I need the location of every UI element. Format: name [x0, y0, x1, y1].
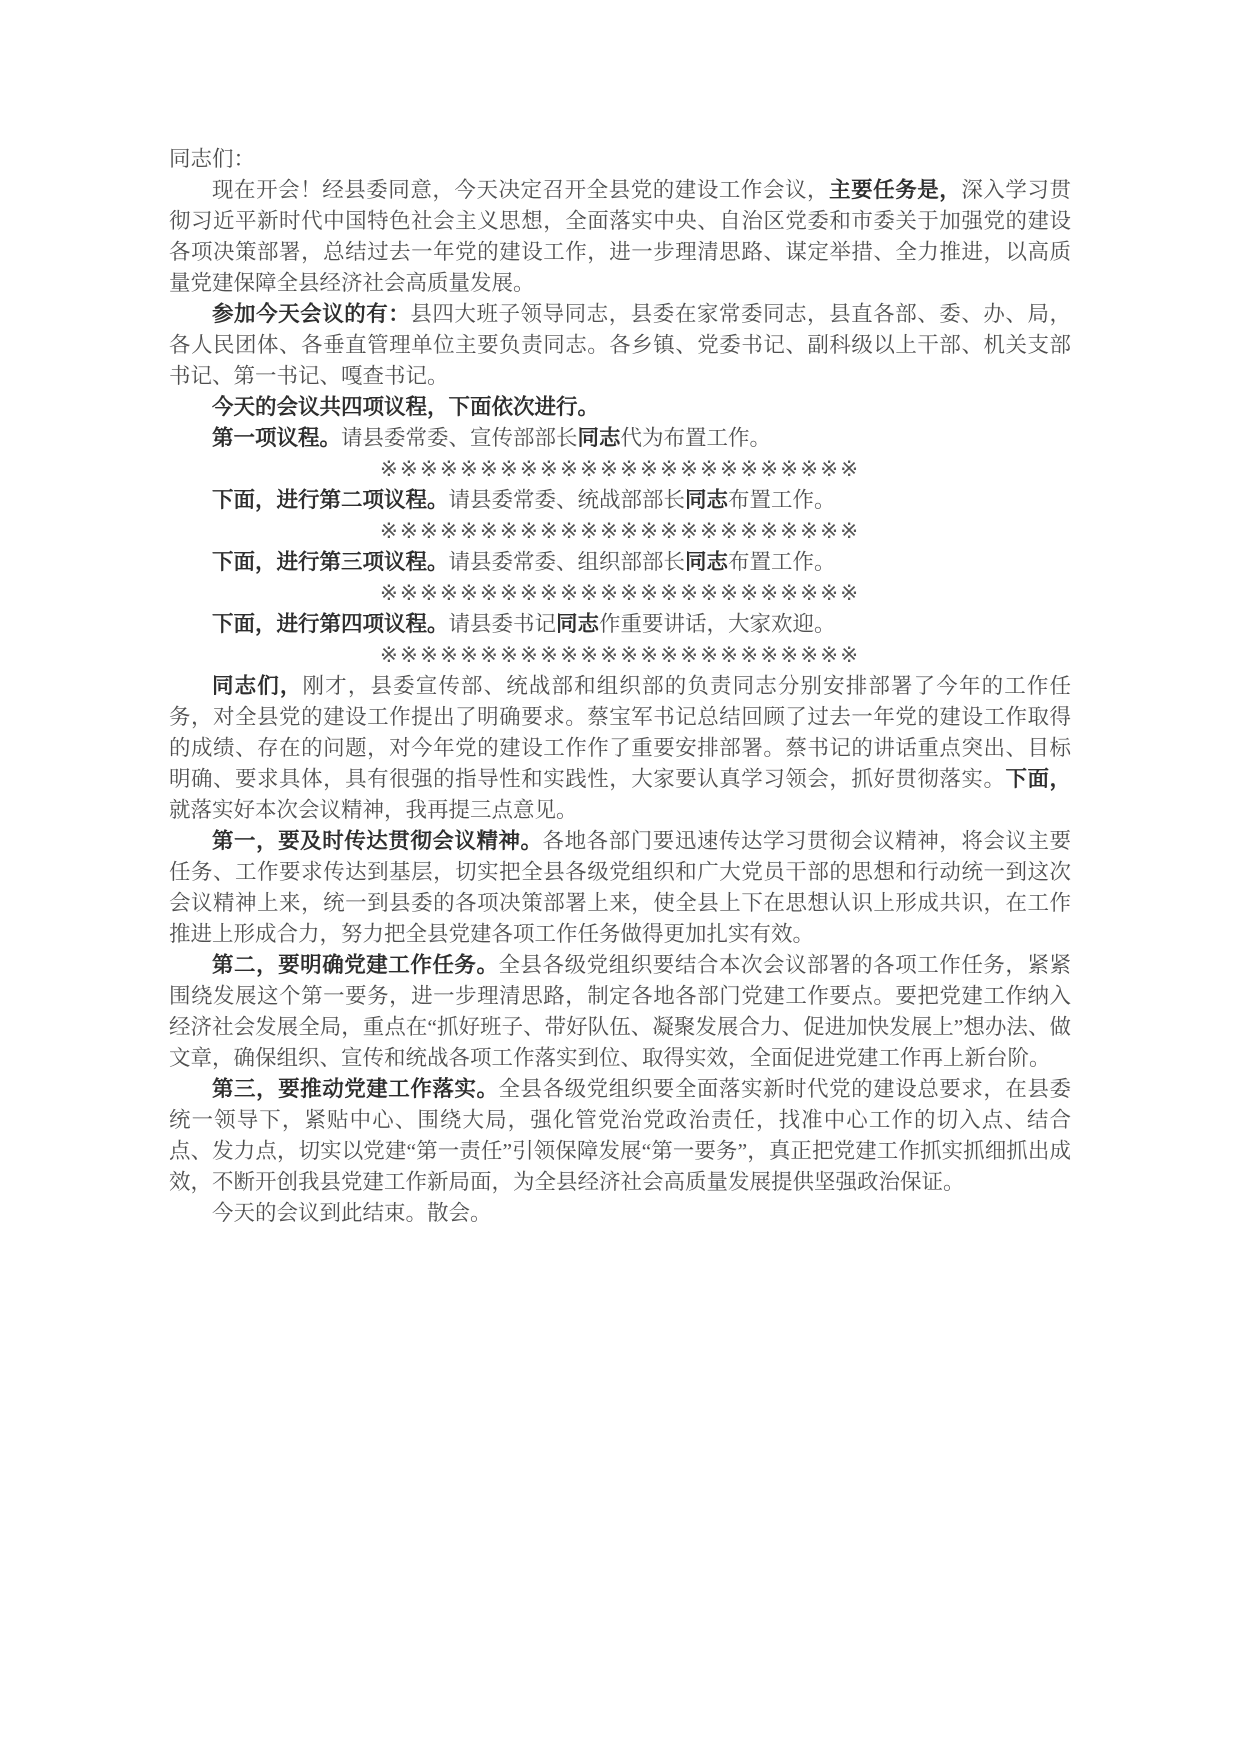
text-segment: 就落实好本次会议精神，我再提三点意见。 — [169, 798, 578, 822]
separator-row: ※※※※※※※※※※※※※※※※※※※※※※※※ — [169, 578, 1071, 609]
document-page: 同志们：现在开会！经县委同意，今天决定召开全县党的建设工作会议，主要任务是，深入… — [0, 0, 1240, 1754]
text-segment: ※※※※※※※※※※※※※※※※※※※※※※※※ — [380, 643, 860, 667]
text-segment: 请县委常委、统战部部长 — [449, 488, 686, 512]
text-segment: 布置工作。 — [728, 550, 836, 574]
text-segment: 布置工作。 — [728, 488, 836, 512]
bold-text-segment: 第一项议程。 — [212, 426, 341, 450]
text-segment: 请县委书记 — [449, 612, 557, 636]
paragraph: 第二，要明确党建工作任务。全县各级党组织要结合本次会议部署的各项工作任务，紧紧围… — [169, 950, 1071, 1074]
text-segment: ※※※※※※※※※※※※※※※※※※※※※※※※ — [380, 581, 860, 605]
text-segment: 刚才，县委宣传部、统战部和组织部的负责同志分别安排部署了今年的工作任务，对全县党… — [169, 674, 1071, 791]
bold-text-segment: 同志 — [685, 488, 728, 512]
bold-text-segment: 下面，进行第二项议程。 — [212, 488, 449, 512]
bold-text-segment: 主要任务是， — [829, 178, 961, 202]
paragraph: 第一，要及时传达贯彻会议精神。各地各部门要迅速传达学习贯彻会议精神，将会议主要任… — [169, 826, 1071, 950]
paragraph: 同志们： — [169, 144, 1071, 175]
text-segment: 请县委常委、宣传部部长 — [341, 426, 578, 450]
paragraph: 今天的会议到此结束。散会。 — [169, 1198, 1071, 1229]
bold-text-segment: 下面， — [1005, 767, 1071, 791]
bold-text-segment: 第三，要推动党建工作落实。 — [212, 1077, 499, 1101]
bold-text-segment: 参加今天会议的有： — [212, 302, 410, 326]
paragraph: 今天的会议共四项议程，下面依次进行。 — [169, 392, 1071, 423]
paragraph: 第三，要推动党建工作落实。全县各级党组织要全面落实新时代党的建设总要求，在县委统… — [169, 1074, 1071, 1198]
text-segment: 代为布置工作。 — [621, 426, 772, 450]
text-segment: ※※※※※※※※※※※※※※※※※※※※※※※※ — [380, 457, 860, 481]
text-segment: 今天的会议到此结束。散会。 — [212, 1201, 492, 1225]
bold-text-segment: 今天的会议共四项议程，下面依次进行。 — [212, 395, 599, 419]
text-segment: 现在开会！经县委同意，今天决定召开全县党的建设工作会议， — [212, 178, 829, 202]
text-segment: 同志们： — [169, 147, 255, 171]
bold-text-segment: 下面，进行第三项议程。 — [212, 550, 449, 574]
paragraph: 下面，进行第三项议程。请县委常委、组织部部长同志布置工作。 — [169, 547, 1071, 578]
paragraph: 下面，进行第二项议程。请县委常委、统战部部长同志布置工作。 — [169, 485, 1071, 516]
bold-text-segment: 同志 — [578, 426, 621, 450]
bold-text-segment: 同志们， — [212, 674, 303, 698]
bold-text-segment: 下面，进行第四项议程。 — [212, 612, 449, 636]
bold-text-segment: 第二，要明确党建工作任务。 — [212, 953, 499, 977]
bold-text-segment: 同志 — [556, 612, 599, 636]
document-body: 同志们：现在开会！经县委同意，今天决定召开全县党的建设工作会议，主要任务是，深入… — [169, 144, 1071, 1229]
paragraph: 第一项议程。请县委常委、宣传部部长同志代为布置工作。 — [169, 423, 1071, 454]
paragraph: 现在开会！经县委同意，今天决定召开全县党的建设工作会议，主要任务是，深入学习贯彻… — [169, 175, 1071, 299]
paragraph: 参加今天会议的有：县四大班子领导同志，县委在家常委同志，县直各部、委、办、局，各… — [169, 299, 1071, 392]
separator-row: ※※※※※※※※※※※※※※※※※※※※※※※※ — [169, 454, 1071, 485]
text-segment: ※※※※※※※※※※※※※※※※※※※※※※※※ — [380, 519, 860, 543]
separator-row: ※※※※※※※※※※※※※※※※※※※※※※※※ — [169, 516, 1071, 547]
bold-text-segment: 第一，要及时传达贯彻会议精神。 — [212, 829, 543, 853]
text-segment: 请县委常委、组织部部长 — [449, 550, 686, 574]
bold-text-segment: 同志 — [685, 550, 728, 574]
paragraph: 下面，进行第四项议程。请县委书记同志作重要讲话，大家欢迎。 — [169, 609, 1071, 640]
text-segment: 作重要讲话，大家欢迎。 — [599, 612, 836, 636]
paragraph: 同志们，刚才，县委宣传部、统战部和组织部的负责同志分别安排部署了今年的工作任务，… — [169, 671, 1071, 826]
separator-row: ※※※※※※※※※※※※※※※※※※※※※※※※ — [169, 640, 1071, 671]
